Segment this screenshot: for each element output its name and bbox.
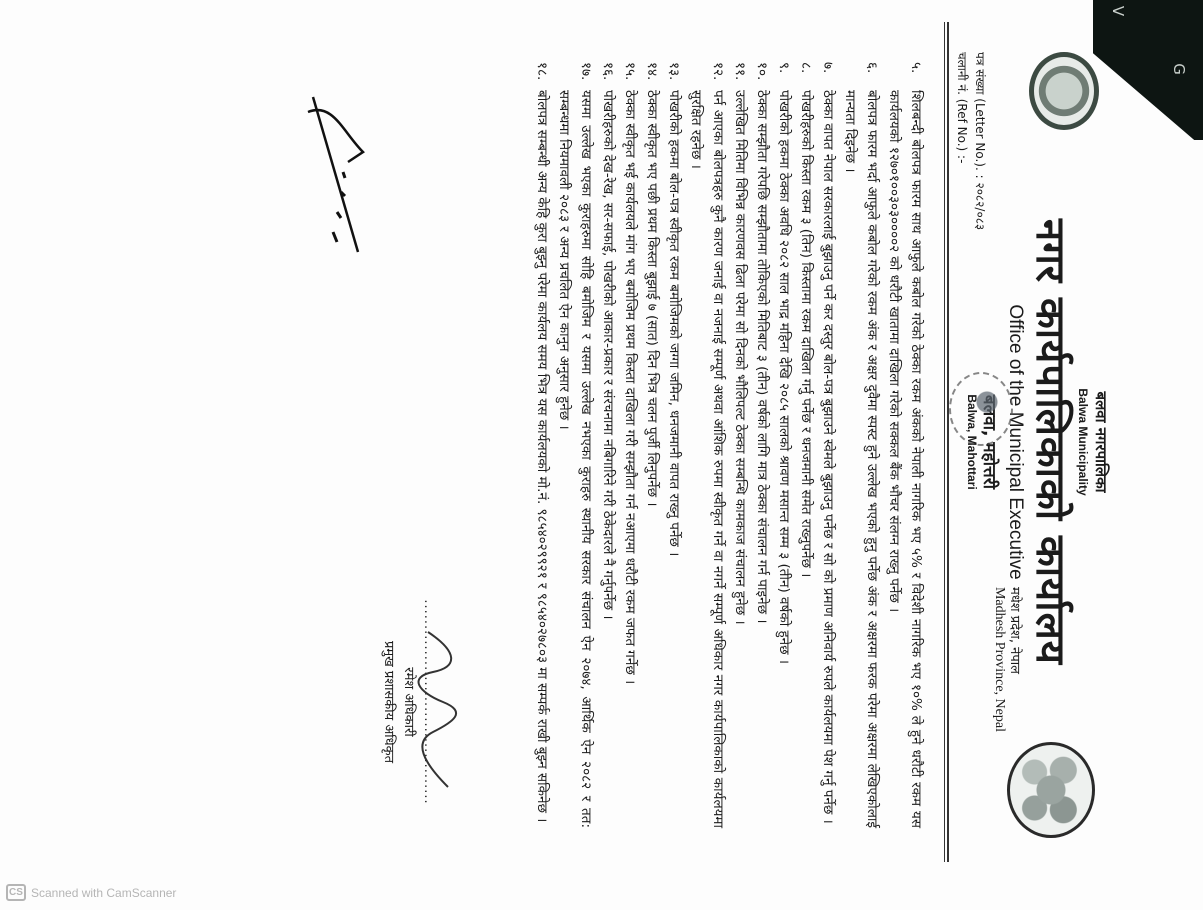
list-item: १५.ठेक्का स्वीकृत भई कार्यलयले मांग भए ब…	[619, 62, 641, 828]
list-item: १६.पोखरीहरुको देख-रेख, सर-सफाई, पोखरीको …	[597, 62, 619, 828]
signature-line: ........................................	[418, 582, 438, 822]
province-info: मधेश प्रदेश, नेपाल Madhesh Province, Nep…	[991, 587, 1025, 732]
header-divider-thin	[944, 22, 945, 862]
letter-body: ५.शिलबन्दी बोलपत्र फारम साथ आफुले कबोल ग…	[531, 62, 927, 828]
list-item: ५.शिलबन्दी बोलपत्र फारम साथ आफुले कबोल ग…	[883, 62, 927, 828]
office-title-nepali: नगर कार्यपालिकाको कार्यालय	[1028, 152, 1072, 732]
list-item: ६.बोलपत्र फारम भर्दा आफुले कबोल गरेको रक…	[839, 62, 883, 828]
list-item: ७.ठेक्का वापत नेपाल सरकारलाई बुझाउनु पर्…	[817, 62, 839, 828]
municipality-name-nepali: बलवा नगरपालिका	[1091, 152, 1111, 732]
nepal-emblem-icon	[1029, 52, 1099, 130]
office-seal-icon	[949, 372, 1013, 446]
signature-block: ........................................…	[378, 582, 438, 822]
reference-number-label: चलानी नं. (Ref No.) :-	[955, 52, 969, 163]
letter-number-row: पत्र संख्या (Letter No.). : २०८२/०८३	[971, 52, 989, 230]
municipality-name-english: Balwa Municipality	[1076, 152, 1090, 732]
list-item: १०.ठेक्का सम्झौता गरेपछि सम्झौतामा तोकिए…	[751, 62, 773, 828]
keyboard-key-g: G	[1170, 63, 1188, 75]
letter-number-value: २०८२/०८३	[973, 182, 987, 230]
signatory-title: प्रमुख प्रशासकीय अधिकृत	[378, 582, 398, 822]
camscanner-watermark: CS Scanned with CamScanner	[6, 884, 176, 901]
camscanner-text: Scanned with CamScanner	[31, 886, 176, 900]
list-item: ९.पोखरीको हकमा ठेक्का अवधि २०८२ साल भाद्…	[773, 62, 795, 828]
header-divider	[947, 22, 949, 862]
signatory-name: रमेश अधिकारी	[398, 582, 418, 822]
list-item: १७.यसमा उल्लेख भएका कुराहरुमा सोहि बमोजि…	[553, 62, 597, 828]
scanned-letter-page: बलवा नगरपालिका Balwa Municipality नगर का…	[183, 22, 1113, 862]
camscanner-logo-icon: CS	[6, 884, 26, 901]
list-item: ११.उल्लेखित मितिमा विभिन्न कारणवस ढिला प…	[729, 62, 751, 828]
letterhead: बलवा नगरपालिका Balwa Municipality नगर का…	[963, 22, 1113, 862]
municipality-logo-icon	[1007, 742, 1095, 838]
list-item: ८.पोखरीहरुको किस्ता रकम ३ (तिन) किस्तामा…	[795, 62, 817, 828]
keyboard-key-v: V	[1109, 6, 1127, 16]
reference-number-row: चलानी नं. (Ref No.) :-	[953, 52, 971, 230]
list-item: १४.ठेक्का स्वीकृत भए पछी प्रथम किस्ता बु…	[641, 62, 663, 828]
list-item: १३.पोखरीको हकमा बोल-पत्र स्वीकृत रकम बमो…	[663, 62, 685, 828]
list-item: १८.बोलपत्र सम्बन्धी अन्य केहि कुरा बुझ्न…	[531, 62, 553, 828]
list-item: १२.पर्न आएका बोलपत्रहरु कुनै कारण जनाई व…	[685, 62, 729, 828]
province-english: Madhesh Province, Nepal	[991, 587, 1007, 732]
province-nepali: मधेश प्रदेश, नेपाल	[1007, 587, 1025, 732]
letter-meta: पत्र संख्या (Letter No.). : २०८२/०८३ चला…	[953, 52, 989, 230]
letter-number-label: पत्र संख्या (Letter No.). :	[973, 52, 987, 179]
handwritten-initial-icon	[303, 92, 373, 312]
